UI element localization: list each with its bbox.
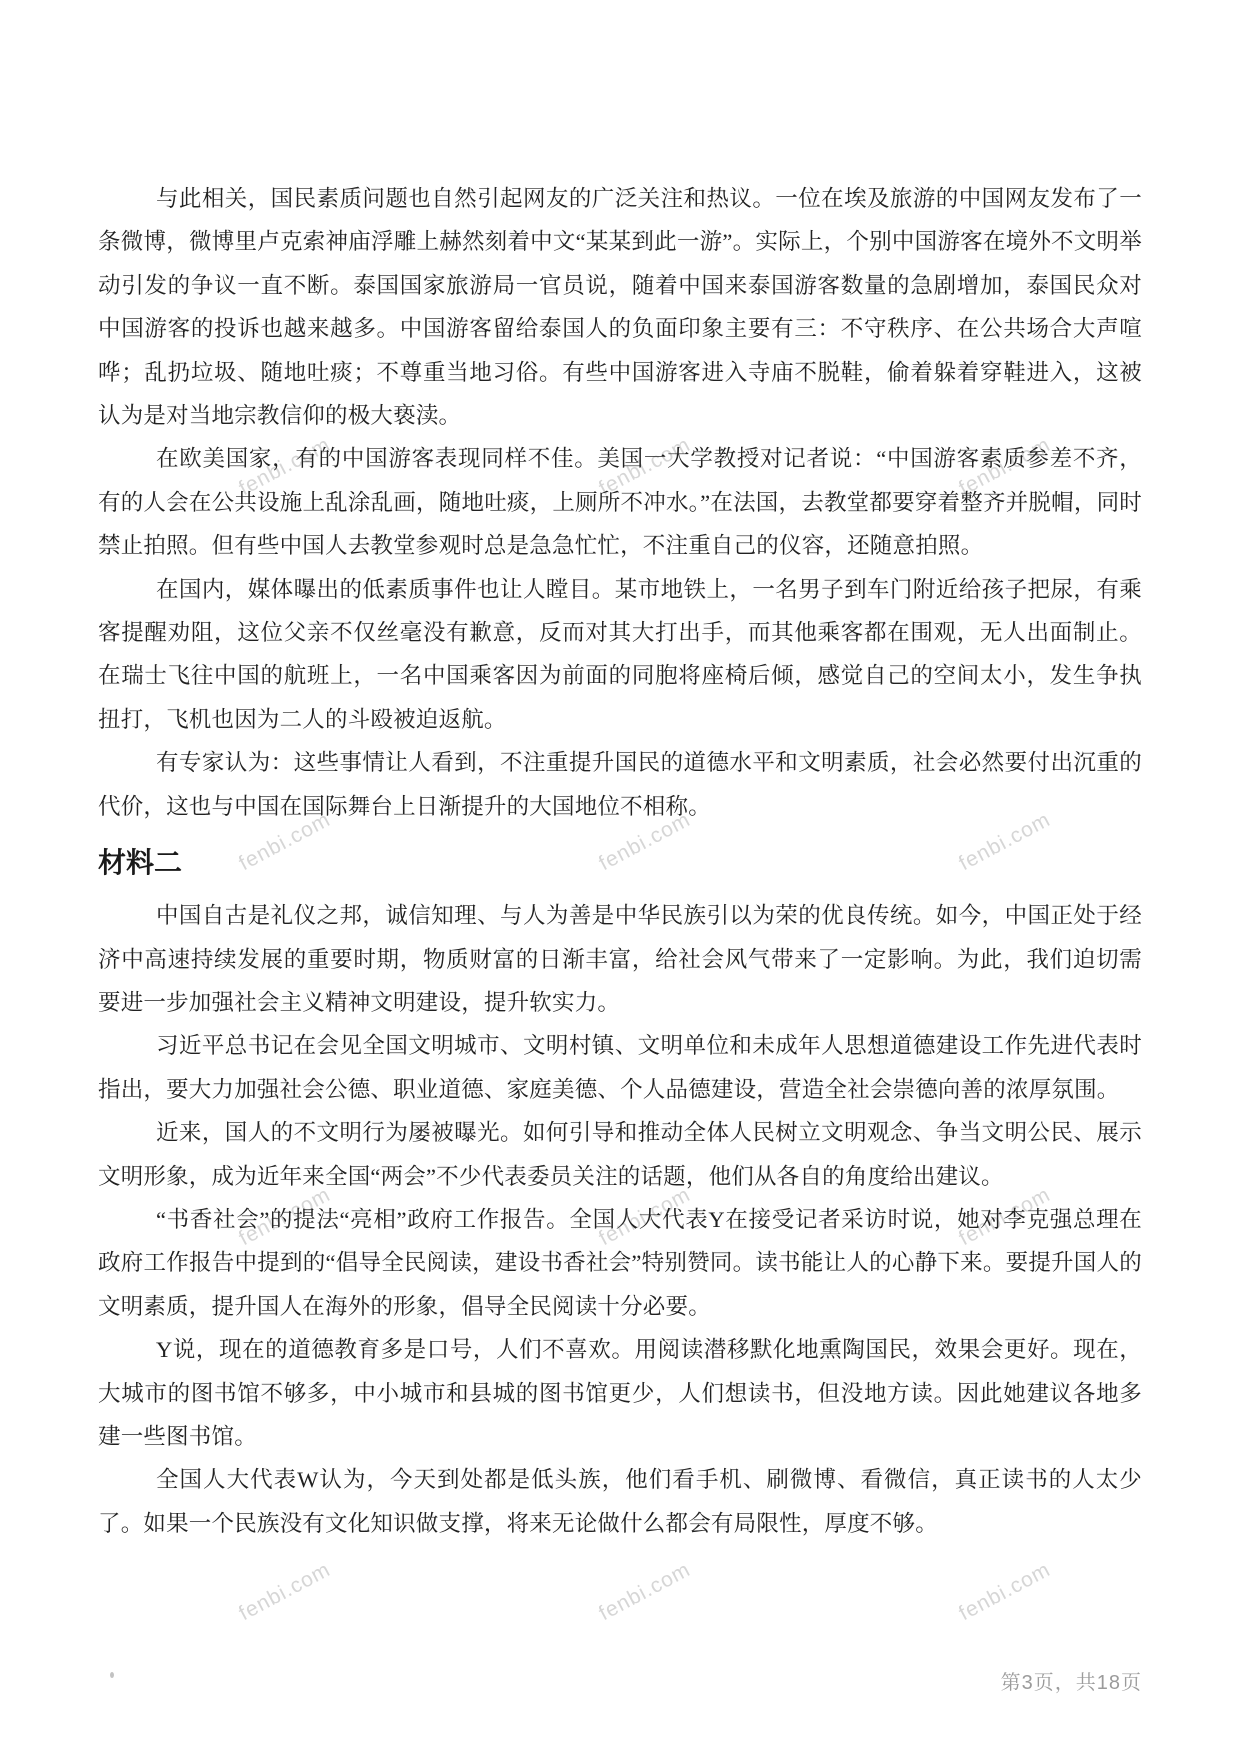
paragraph: 有专家认为：这些事情让人看到，不注重提升国民的道德水平和文明素质，社会必然要付出…	[98, 741, 1142, 828]
page-number-footer: 第3页，共18页	[1001, 1666, 1142, 1695]
paragraph: 中国自古是礼仪之邦，诚信知理、与人为善是中华民族引以为荣的优良传统。如今，中国正…	[98, 894, 1142, 1024]
paragraph: 在欧美国家，有的中国游客表现同样不佳。美国一大学教授对记者说：“中国游客素质参差…	[98, 437, 1142, 567]
paragraph: 与此相关，国民素质问题也自然引起网友的广泛关注和热议。一位在埃及旅游的中国网友发…	[98, 177, 1142, 437]
paragraph: Y说，现在的道德教育多是口号，人们不喜欢。用阅读潜移默化地熏陶国民，效果会更好。…	[98, 1328, 1142, 1458]
material2-heading: 材料二	[98, 842, 1142, 886]
document-body: 与此相关，国民素质问题也自然引起网友的广泛关注和热议。一位在埃及旅游的中国网友发…	[98, 177, 1142, 1545]
paragraph: 近来，国人的不文明行为屡被曝光。如何引导和推动全体人民树立文明观念、争当文明公民…	[98, 1111, 1142, 1198]
paragraph: “书香社会”的提法“亮相”政府工作报告。全国人大代表Y在接受记者采访时说，她对李…	[98, 1198, 1142, 1328]
paragraph: 全国人大代表W认为，今天到处都是低头族，他们看手机、刷微博、看微信，真正读书的人…	[98, 1458, 1142, 1545]
document-page: fenbi.comfenbi.comfenbi.comfenbi.comfenb…	[0, 0, 1240, 1754]
watermark-text: fenbi.com	[955, 1558, 1055, 1626]
page-mark-dot	[110, 1672, 114, 1678]
paragraph: 在国内，媒体曝出的低素质事件也让人瞠目。某市地铁上，一名男子到车门附近给孩子把尿…	[98, 568, 1142, 742]
watermark-text: fenbi.com	[595, 1558, 695, 1626]
watermark-text: fenbi.com	[235, 1558, 335, 1626]
paragraph: 习近平总书记在会见全国文明城市、文明村镇、文明单位和未成年人思想道德建设工作先进…	[98, 1024, 1142, 1111]
